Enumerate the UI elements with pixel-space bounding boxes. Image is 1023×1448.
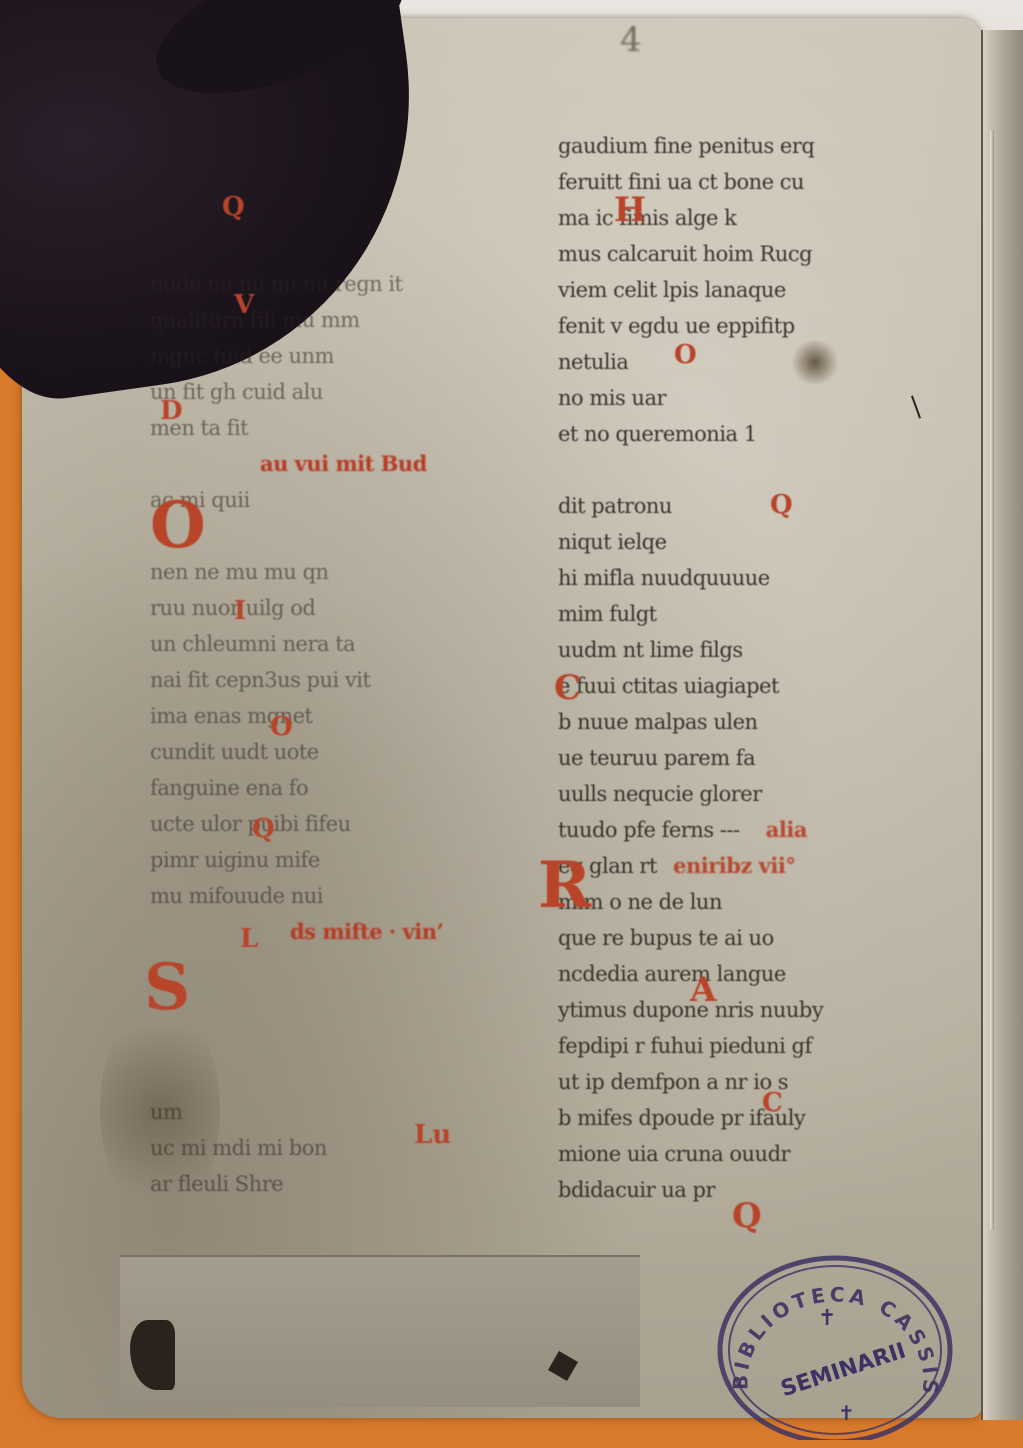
text-line: mim o ne de lun [558, 884, 938, 920]
text-line: dit patronu [558, 488, 938, 524]
binding-spine-strip [981, 30, 1023, 1420]
red-initial: A [690, 970, 716, 1010]
text-line: b nuue malpas ulen [558, 704, 938, 740]
text-line: qualiturn fili mu mm [150, 302, 510, 338]
text-line: pimr uiginu mife [150, 842, 510, 878]
red-initial: O [270, 712, 293, 742]
text-line: mus calcaruit hoim Rucg [558, 236, 938, 272]
text-column-left: nude mi mi mi nu regn it qualiturn fili … [150, 158, 510, 1202]
text-line: ytimus dupone nris nuuby [558, 992, 938, 1028]
text-line: fepdipi r fuhui pieduni gf [558, 1028, 938, 1064]
text-line: ucte ulor puibi fifeu [150, 806, 510, 842]
red-initial: H [614, 190, 646, 230]
rubric: alia [766, 817, 807, 842]
red-initial: Q [222, 192, 245, 222]
text-line: ut ip demfpon a nr io s [558, 1064, 938, 1100]
folio-number: 4 [620, 20, 642, 60]
text-line: mione uia cruna ouudr [558, 1136, 938, 1172]
rubric: ds mifte · vin’ [290, 919, 443, 944]
text-column-right: gaudium fine penitus erq feruitt fini ua… [558, 128, 938, 1208]
rubric-line: au vui mit Bud [150, 446, 510, 482]
rubric: eniribz vii° [673, 853, 795, 878]
library-stamp: BIBLIOTECA CASSIS ✝ SEMINARII ✝ [708, 1240, 958, 1440]
red-initial-large: R [538, 848, 591, 923]
red-initial: Lu [414, 1120, 451, 1150]
red-initial-large: O [150, 488, 206, 563]
text-line: eq glan rt eniribz vii° [558, 848, 938, 884]
text-line: b mifes dpoude pr ifauly [558, 1100, 938, 1136]
cross-icon: ✝ [818, 1306, 836, 1331]
text-line [150, 230, 510, 266]
text-line [150, 1022, 510, 1058]
text-line: niqut ielqe [558, 524, 938, 560]
text-line: mim fulgt [558, 596, 938, 632]
red-initial: Q [732, 1196, 762, 1236]
red-initial: L [240, 924, 258, 954]
text-line: ruu nuor uilg od [150, 590, 510, 626]
text-line: uc mi mdi mi bon [150, 1130, 510, 1166]
cross-icon: ✝ [838, 1401, 855, 1425]
text-line: fenit v egdu ue eppifitp [558, 308, 938, 344]
text-line: nai fit cepn3us pui vit [150, 662, 510, 698]
text-line: hi mifla nuudquuuue [558, 560, 938, 596]
rubric-line: ds mifte · vin’ [150, 914, 510, 950]
red-initial: Q [770, 490, 793, 520]
text-line: uulls nequcie glorer [558, 776, 938, 812]
text-line: que re bupus te ai uo [558, 920, 938, 956]
text-line [558, 452, 938, 488]
red-initial: Q [252, 814, 275, 844]
text-line: nude mi mi mi nu regn it [150, 266, 510, 302]
text-line: e fuui ctitas uiagiapet [558, 668, 938, 704]
text-line [150, 194, 510, 230]
text-line: mgnc fuid ee unm [150, 338, 510, 374]
stamp-center-text: SEMINARII [778, 1338, 909, 1402]
text-line [150, 1058, 510, 1094]
text-line [150, 158, 510, 194]
text-line: un chleumni nera ta [150, 626, 510, 662]
text-line: gaudium fine penitus erq [558, 128, 938, 164]
text-line: uudm nt lime filgs [558, 632, 938, 668]
text-line: no mis uar [558, 380, 938, 416]
text-line-body: tuudo pfe ferns --- [558, 818, 740, 842]
text-line: netulia [558, 344, 938, 380]
red-initial: I [234, 596, 246, 626]
text-line: ima enas mgnet [150, 698, 510, 734]
text-line: et no queremonia 1 [558, 416, 938, 452]
text-line: ue teuruu parem fa [558, 740, 938, 776]
text-line: ncdedia aurem langue [558, 956, 938, 992]
lower-parchment-repair-flap [120, 1255, 640, 1407]
red-initial-large: S [144, 950, 190, 1025]
stamp-seal-icon: BIBLIOTECA CASSIS ✝ SEMINARII ✝ [708, 1240, 958, 1440]
text-line: ar fleuli Shre [150, 1166, 510, 1202]
text-line [150, 986, 510, 1022]
text-line: tuudo pfe ferns --- alia [558, 812, 938, 848]
red-initial: O [674, 340, 697, 370]
red-initial: C [554, 668, 581, 708]
text-line: fanguine ena fo [150, 770, 510, 806]
text-line: viem celit lpis lanaque [558, 272, 938, 308]
text-line: un fit gh cuid alu [150, 374, 510, 410]
sewing-thread [990, 130, 994, 1230]
text-line: men ta fit [150, 410, 510, 446]
text-line: mu mifouude nui [150, 878, 510, 914]
red-initial: D [160, 396, 183, 426]
rubric: au vui mit Bud [260, 451, 427, 476]
text-line: um [150, 1094, 510, 1130]
text-line [150, 950, 510, 986]
red-initial: V [234, 290, 254, 320]
red-initial: C [762, 1088, 783, 1118]
text-line: cundit uudt uote [150, 734, 510, 770]
